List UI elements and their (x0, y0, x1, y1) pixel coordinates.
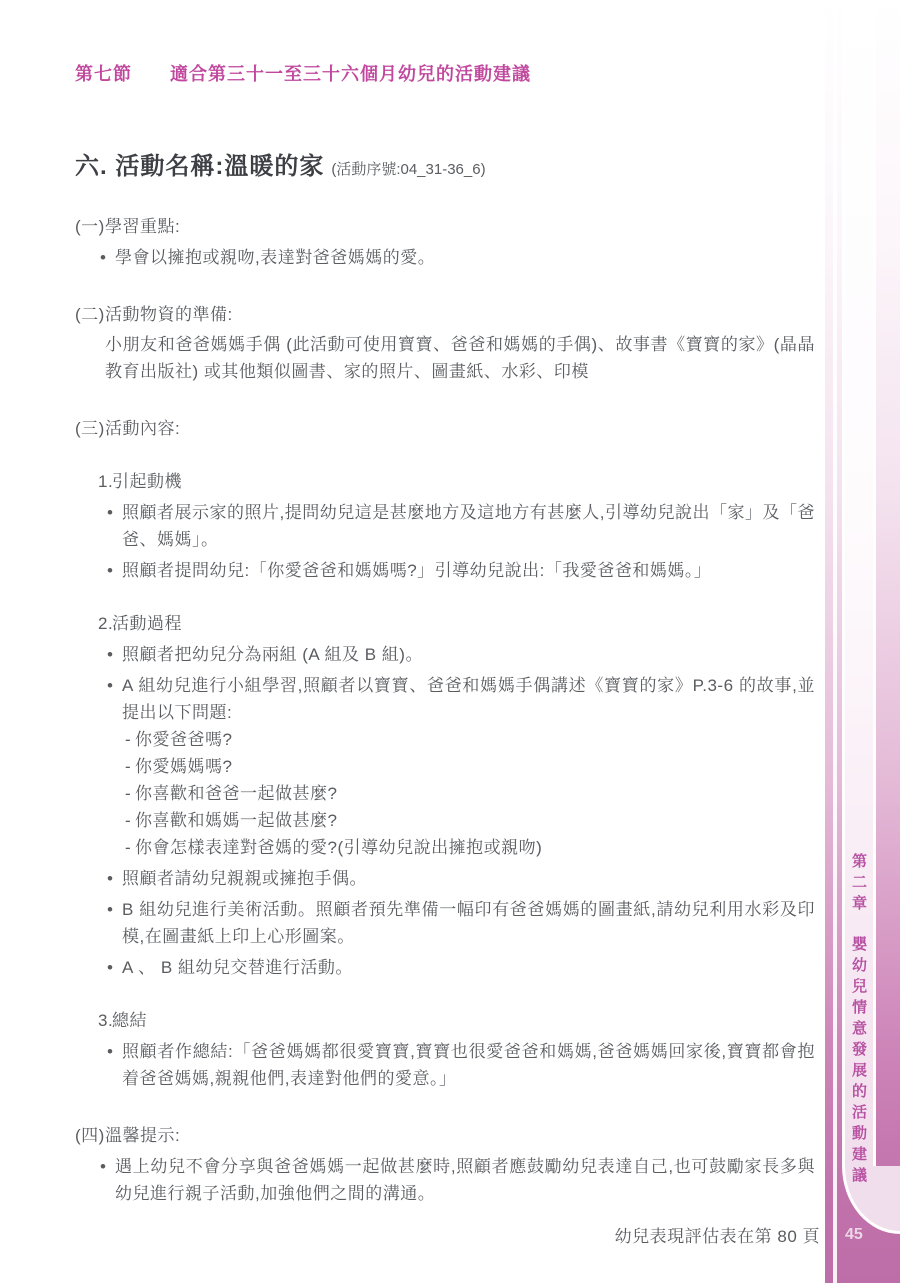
question-text: 你喜歡和媽媽一起做甚麼? (135, 807, 815, 834)
section-body: 學習重點:•學會以擁抱或親吻,表達對爸爸媽媽的愛。 (105, 213, 815, 271)
bullet-item: •A 、 B 組幼兒交替進行活動。 (107, 954, 815, 981)
bullet-icon: • (107, 954, 122, 981)
section-header: 第七節適合第三十一至三十六個月幼兒的活動建議 (75, 60, 531, 86)
side-band-white-line (833, 0, 837, 1283)
bullet-text: 照顧者展示家的照片,提問幼兒這是甚麼地方及這地方有甚麼人,引導幼兒說出「家」及「… (122, 499, 815, 553)
bullet-text: 照顧者請幼兒親親或擁抱手偶。 (122, 865, 815, 892)
subsection-title: 引起動機 (112, 468, 815, 495)
document-page: 第二章 嬰幼兒情意發展的活動建議 45 第七節適合第三十一至三十六個月幼兒的活動… (0, 0, 900, 1283)
question-item: -你愛媽媽嗎? (125, 753, 815, 780)
bullet-text: B 組幼兒進行美術活動。照顧者預先準備一幅印有爸爸媽媽的圖畫紙,請幼兒利用水彩及… (122, 896, 815, 950)
bullet-icon: • (107, 865, 122, 892)
chapter-tab-number: 第二章 (850, 853, 866, 916)
dash-icon: - (125, 807, 135, 834)
bullet-item: •A 組幼兒進行小組學習,照顧者以寶寶、爸爸和媽媽手偶講述《寶寶的家》P.3-6… (107, 672, 815, 861)
subsection: 2.活動過程•照顧者把幼兒分為兩組 (A 組及 B 組)。•A 組幼兒進行小組學… (98, 610, 815, 981)
section-body: 溫馨提示:•遇上幼兒不會分享與爸爸媽媽一起做甚麼時,照顧者應鼓勵幼兒表達自己,也… (105, 1122, 815, 1207)
page-number: 45 (845, 1226, 863, 1244)
question-text: 你會怎樣表達對爸媽的愛?(引導幼兒說出擁抱或親吻) (135, 834, 815, 861)
bullet-icon: • (107, 672, 122, 861)
bullet-item: •照顧者作總結:「爸爸媽媽都很愛寶寶,寶寶也很愛爸爸和媽媽,爸爸媽媽回家後,寶寶… (107, 1038, 815, 1092)
dash-icon: - (125, 780, 135, 807)
dash-icon: - (125, 753, 135, 780)
bullet-item: •照顧者請幼兒親親或擁抱手偶。 (107, 865, 815, 892)
bullet-icon: • (107, 896, 122, 950)
bullet-icon: • (107, 641, 122, 668)
section: (四)溫馨提示:•遇上幼兒不會分享與爸爸媽媽一起做甚麼時,照顧者應鼓勵幼兒表達自… (75, 1122, 815, 1207)
section: (一)學習重點:•學會以擁抱或親吻,表達對爸爸媽媽的愛。 (75, 213, 815, 271)
question-item: -你會怎樣表達對爸媽的愛?(引導幼兒說出擁抱或親吻) (125, 834, 815, 861)
bullet-icon: • (100, 1153, 115, 1207)
section-body: 活動內容:1.引起動機•照顧者展示家的照片,提問幼兒這是甚麼地方及這地方有甚麼人… (105, 415, 815, 1092)
bullet-icon: • (100, 244, 115, 271)
question-list: -你愛爸爸嗎?-你愛媽媽嗎?-你喜歡和爸爸一起做甚麼?-你喜歡和媽媽一起做甚麼?… (125, 726, 815, 861)
bullet-icon: • (107, 1038, 122, 1092)
bullet-icon: • (107, 499, 122, 553)
section-header-number: 第七節 (75, 64, 132, 84)
section-heading: 學習重點: (105, 213, 815, 240)
subsection-body: 引起動機•照顧者展示家的照片,提問幼兒這是甚麼地方及這地方有甚麼人,引導幼兒說出… (112, 468, 815, 584)
bullet-item: •照顧者提問幼兒:「你愛爸爸和媽媽嗎?」引導幼兒說出:「我愛爸爸和媽媽。」 (107, 557, 815, 584)
subsection-body: 總結•照顧者作總結:「爸爸媽媽都很愛寶寶,寶寶也很愛爸爸和媽媽,爸爸媽媽回家後,… (112, 1007, 815, 1092)
bullet-item: •遇上幼兒不會分享與爸爸媽媽一起做甚麼時,照顧者應鼓勵幼兒表達自己,也可鼓勵家長… (100, 1153, 815, 1207)
question-item: -你喜歡和媽媽一起做甚麼? (125, 807, 815, 834)
question-text: 你愛爸爸嗎? (135, 726, 815, 753)
activity-title-main: 六. 活動名稱:溫暖的家 (75, 153, 324, 180)
section-header-title: 適合第三十一至三十六個月幼兒的活動建議 (170, 64, 531, 84)
subsection-title: 活動過程 (112, 610, 815, 637)
assessment-note: 幼兒表現評估表在第 80 頁 (0, 1222, 820, 1247)
bullet-text: 照顧者把幼兒分為兩組 (A 組及 B 組)。 (122, 641, 815, 668)
bullet-text: 遇上幼兒不會分享與爸爸媽媽一起做甚麼時,照顧者應鼓勵幼兒表達自己,也可鼓勵家長多… (115, 1153, 815, 1207)
section: (二)活動物資的準備:小朋友和爸爸媽媽手偶 (此活動可使用寶寶、爸爸和媽媽的手偶… (75, 301, 815, 385)
section-heading: 活動內容: (105, 415, 815, 442)
activity-title: 六. 活動名稱:溫暖的家(活動序號:04_31-36_6) (75, 146, 486, 181)
activity-serial-number: (活動序號:04_31-36_6) (331, 161, 485, 178)
bullet-item: •B 組幼兒進行美術活動。照顧者預先準備一幅印有爸爸媽媽的圖畫紙,請幼兒利用水彩… (107, 896, 815, 950)
bullet-text: A 、 B 組幼兒交替進行活動。 (122, 954, 815, 981)
section: (三)活動內容:1.引起動機•照顧者展示家的照片,提問幼兒這是甚麼地方及這地方有… (75, 415, 815, 1092)
bullet-text: 照顧者提問幼兒:「你愛爸爸和媽媽嗎?」引導幼兒說出:「我愛爸爸和媽媽。」 (122, 557, 815, 584)
bullet-text: 照顧者作總結:「爸爸媽媽都很愛寶寶,寶寶也很愛爸爸和媽媽,爸爸媽媽回家後,寶寶都… (122, 1038, 815, 1092)
subsection-title: 總結 (112, 1007, 815, 1034)
bullet-item: •照顧者展示家的照片,提問幼兒這是甚麼地方及這地方有甚麼人,引導幼兒說出「家」及… (107, 499, 815, 553)
bullet-icon: • (107, 557, 122, 584)
section-label: (二) (75, 301, 105, 385)
question-text: 你喜歡和爸爸一起做甚麼? (135, 780, 815, 807)
section-heading: 溫馨提示: (105, 1122, 815, 1149)
chapter-tab-title: 嬰幼兒情意發展的活動建議 (850, 936, 866, 1188)
bullet-item: •照顧者把幼兒分為兩組 (A 組及 B 組)。 (107, 641, 815, 668)
dash-icon: - (125, 726, 135, 753)
question-item: -你喜歡和爸爸一起做甚麼? (125, 780, 815, 807)
subsection: 3.總結•照顧者作總結:「爸爸媽媽都很愛寶寶,寶寶也很愛爸爸和媽媽,爸爸媽媽回家… (98, 1007, 815, 1092)
subsection: 1.引起動機•照顧者展示家的照片,提問幼兒這是甚麼地方及這地方有甚麼人,引導幼兒… (98, 468, 815, 584)
material-paragraph: 小朋友和爸爸媽媽手偶 (此活動可使用寶寶、爸爸和媽媽的手偶)、故事書《寶寶的家》… (105, 331, 815, 385)
subsection-body: 活動過程•照顧者把幼兒分為兩組 (A 組及 B 組)。•A 組幼兒進行小組學習,… (112, 610, 815, 981)
bullet-text: 學會以擁抱或親吻,表達對爸爸媽媽的愛。 (115, 244, 815, 271)
bullet-text: A 組幼兒進行小組學習,照顧者以寶寶、爸爸和媽媽手偶講述《寶寶的家》P.3-6 … (122, 672, 815, 861)
activity-content: (一)學習重點:•學會以擁抱或親吻,表達對爸爸媽媽的愛。(二)活動物資的準備:小… (75, 213, 815, 1207)
question-item: -你愛爸爸嗎? (125, 726, 815, 753)
section-body: 活動物資的準備:小朋友和爸爸媽媽手偶 (此活動可使用寶寶、爸爸和媽媽的手偶)、故… (105, 301, 815, 385)
section-heading: 活動物資的準備: (105, 301, 815, 328)
dash-icon: - (125, 834, 135, 861)
question-text: 你愛媽媽嗎? (135, 753, 815, 780)
bullet-item: •學會以擁抱或親吻,表達對爸爸媽媽的愛。 (100, 244, 815, 271)
